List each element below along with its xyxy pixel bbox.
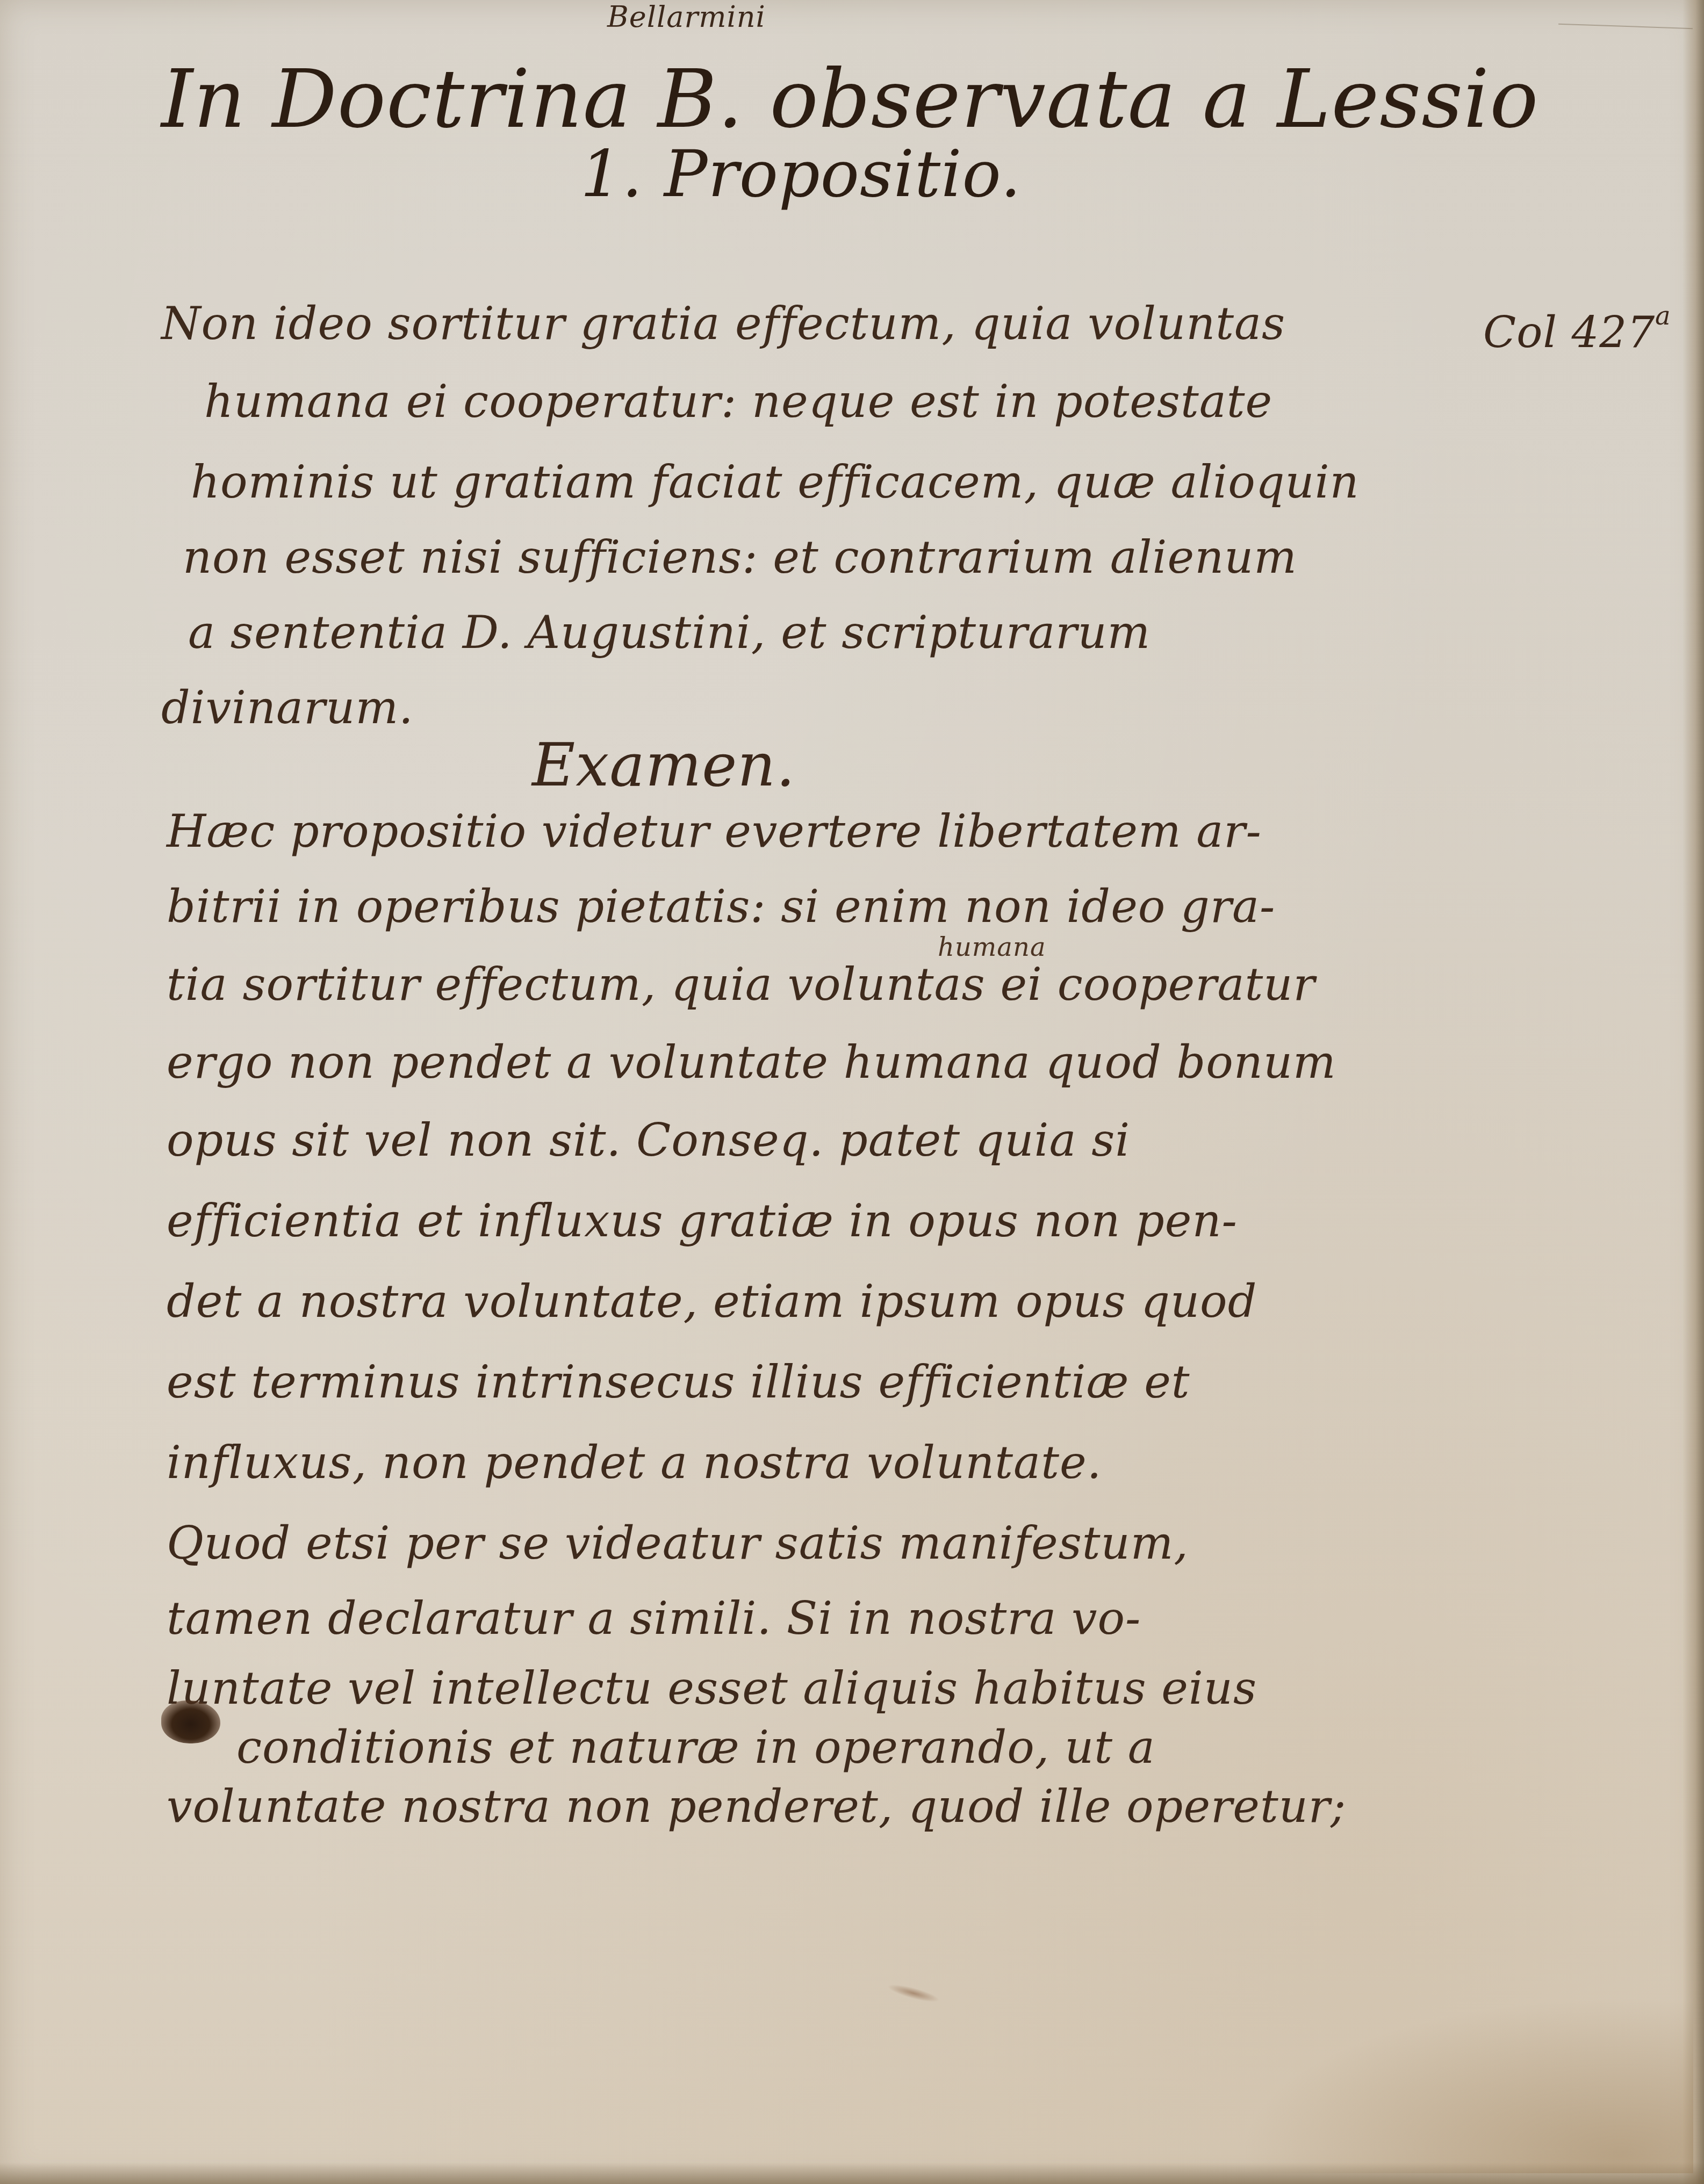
title-interlinear-note: Bellarmini [607, 0, 766, 34]
examen-line: tamen declaratur a simili. Si in nostra … [167, 1596, 1141, 1641]
column-ref-superscript: a [1655, 301, 1671, 331]
examen-line: tia sortitur effectum, quia voluntas ei … [167, 962, 1315, 1007]
examen-line: luntate vel intellectu esset aliquis hab… [167, 1666, 1257, 1711]
propositio-line: humana ei cooperatur: neque est in potes… [204, 379, 1272, 424]
margin-column-reference: Col 427a [1483, 301, 1671, 357]
propositio-line: a sententia D. Augustini, et scripturaru… [188, 610, 1151, 655]
column-ref: Col 427 [1483, 307, 1655, 357]
page-title: In Doctrina B. observata a Lessio [161, 59, 1538, 140]
manuscript-page: Bellarmini In Doctrina B. observata a Le… [0, 0, 1704, 2184]
examen-line: bitrii in operibus pietatis: si enim non… [167, 884, 1276, 929]
examen-line: est terminus intrinsecus illius efficien… [167, 1359, 1190, 1404]
propositio-line: divinarum. [161, 685, 414, 730]
paper-smudge [886, 1981, 941, 2005]
examen-heading: Examen. [532, 731, 795, 799]
corner-stain [1210, 1985, 1693, 2173]
examen-line: ergo non pendet a voluntate humana quod … [167, 1040, 1336, 1085]
proposition-heading: 1. Propositio. [580, 137, 1022, 212]
examen-line: det a nostra voluntate, etiam ipsum opus… [167, 1279, 1257, 1324]
paper-crease [1558, 24, 1693, 30]
propositio-line: Non ideo sortitur gratia effectum, quia … [161, 301, 1285, 346]
examen-line: voluntate nostra non penderet, quod ille… [167, 1784, 1346, 1829]
examen-line: conditionis et naturæ in operando, ut a [236, 1725, 1155, 1770]
ink-blot [161, 1700, 220, 1743]
propositio-line: non esset nisi sufficiens: et contrarium… [183, 535, 1297, 580]
propositio-line: hominis ut gratiam faciat efficacem, quæ… [191, 459, 1360, 504]
examen-line: Quod etsi per se videatur satis manifest… [167, 1520, 1189, 1566]
examen-line: opus sit vel non sit. Conseq. patet quia… [167, 1118, 1130, 1163]
page-edge-right [1683, 0, 1704, 2184]
examen-line: influxus, non pendet a nostra voluntate. [167, 1440, 1102, 1485]
examen-line: Hæc propositio videtur evertere libertat… [167, 809, 1262, 854]
examen-line: efficientia et influxus gratiæ in opus n… [167, 1198, 1238, 1243]
